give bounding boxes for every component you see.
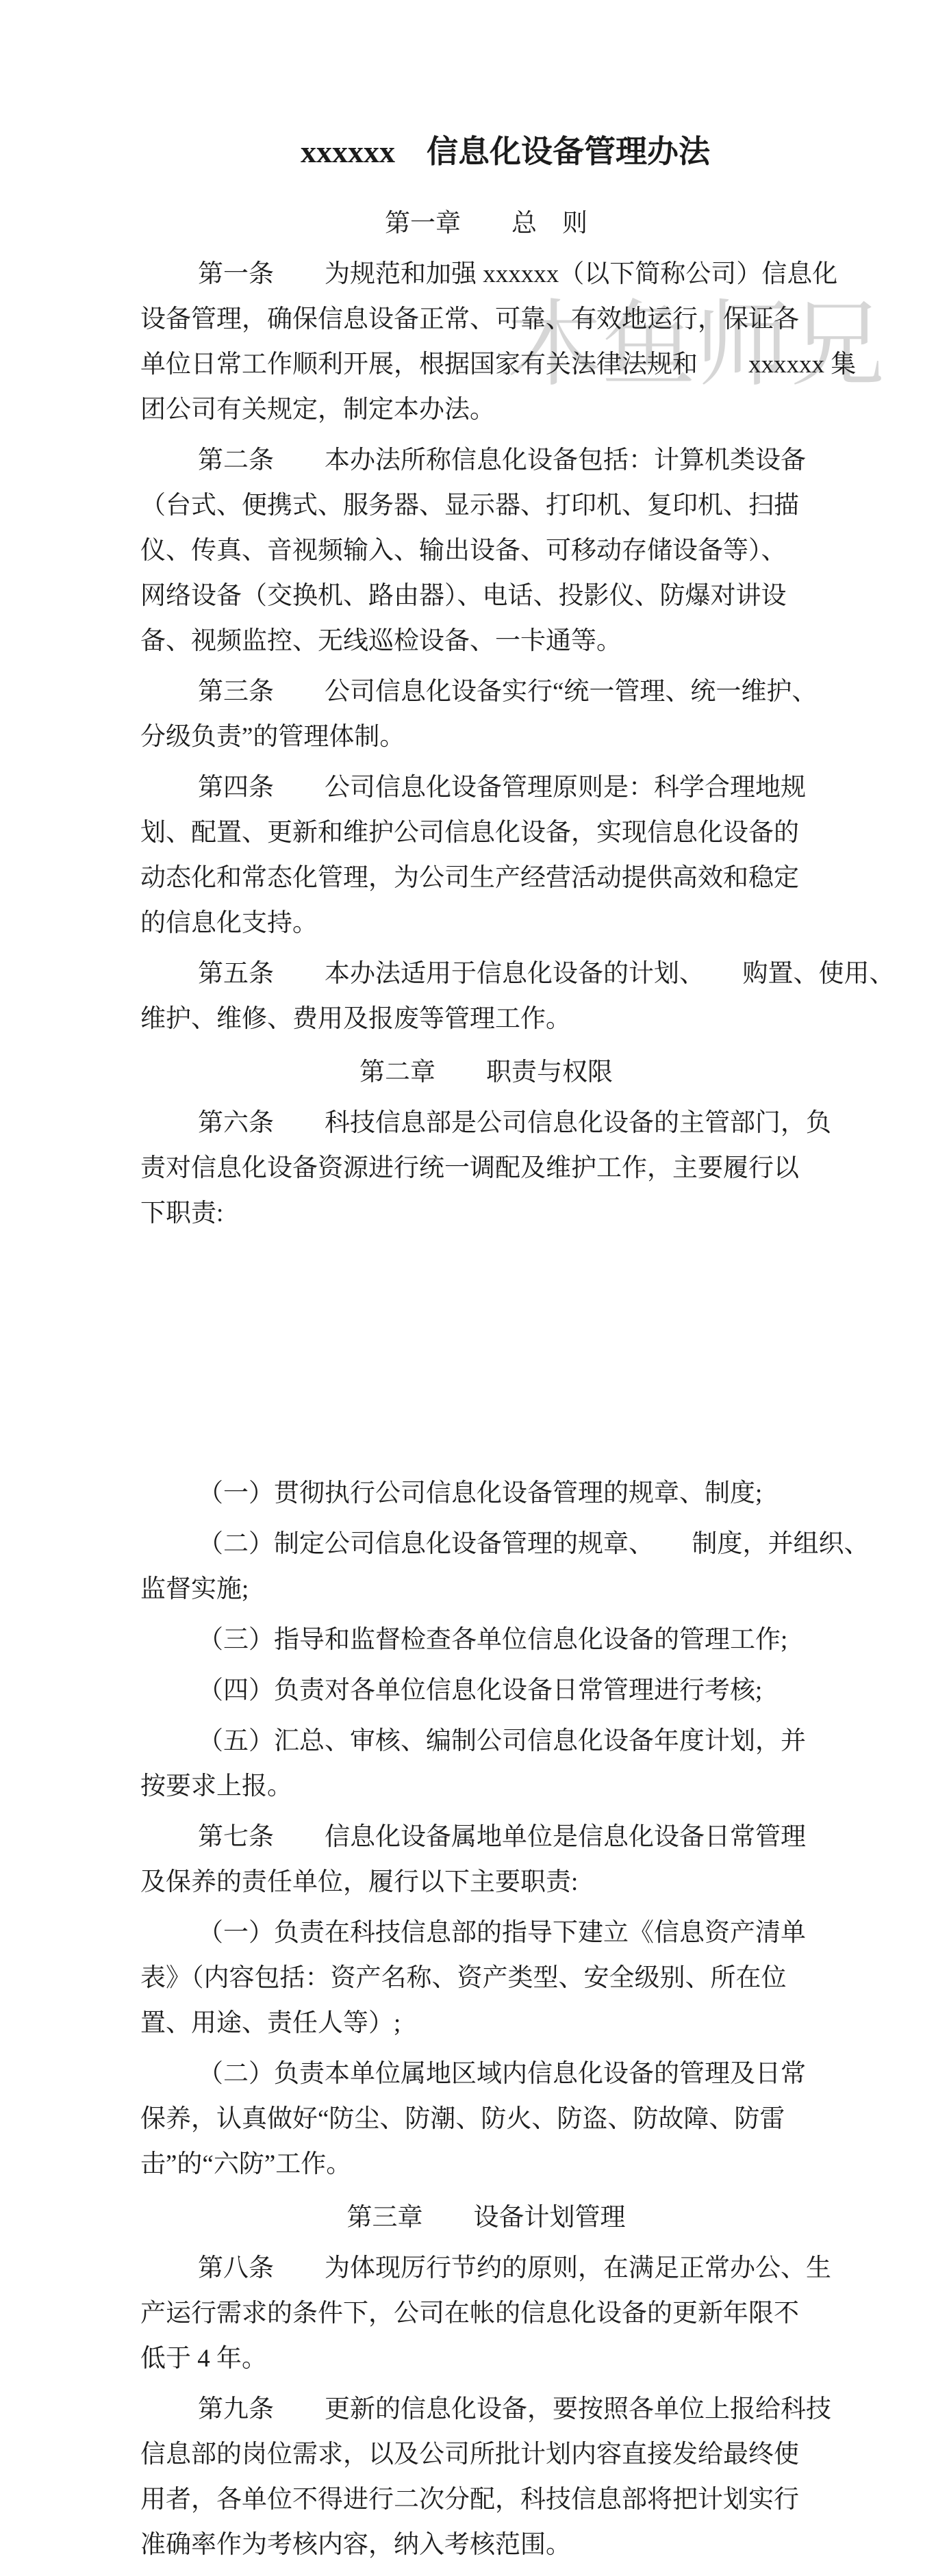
text-line: 信息部的岗位需求，以及公司所批计划内容直接发给最终使 [140,2432,832,2477]
paragraph: （四）负责对各单位信息化设备日常管理进行考核; [140,1668,832,1713]
paragraph: 第九条 更新的信息化设备，要按照各单位上报给科技信息部的岗位需求，以及公司所批计… [140,2387,832,2568]
chapter-heading: 第三章 设备计划管理 [140,2195,832,2241]
chapter-heading: 第二章 职责与权限 [140,1050,832,1095]
text-line: 团公司有关规定，制定本办法。 [140,387,832,433]
text-line: 的信息化支持。 [140,901,832,946]
text-line: 表》（内容包括：资产名称、资产类型、安全级别、所在位 [140,1956,832,2001]
document-title: xxxxxx 信息化设备管理办法 [160,130,851,174]
text-line: 责对信息化设备资源进行统一调配及维护工作，主要履行以 [140,1146,832,1191]
text-line: （四）负责对各单位信息化设备日常管理进行考核; [140,1668,832,1713]
text-line: 第六条 科技信息部是公司信息化设备的主管部门，负 [140,1101,832,1146]
text-line: 监督实施; [140,1567,832,1612]
text-line: 划、配置、更新和维护公司信息化设备，实现信息化设备的 [140,811,832,856]
chapter-heading: 第一章 总 则 [140,201,832,246]
page-break-gap [140,1236,832,1466]
paragraph: 第六条 科技信息部是公司信息化设备的主管部门，负责对信息化设备资源进行统一调配及… [140,1101,832,1236]
text-line: 第八条 为体现厉行节约的原则，在满足正常办公、生 [140,2246,832,2291]
text-line: 第四条 公司信息化设备管理原则是：科学合理地规 [140,765,832,811]
text-line: 第三条 公司信息化设备实行“统一管理、统一维护、 [140,669,832,715]
text-line: 准确率作为考核内容，纳入考核范围。 [140,2523,832,2568]
text-line: （二）负责本单位属地区域内信息化设备的管理及日常 [140,2052,832,2097]
text-line: 设备管理，确保信息设备正常、可靠、有效地运行，保证各 [140,297,832,342]
text-line: 第七条 信息化设备属地单位是信息化设备日常管理 [140,1815,832,1860]
paragraph: （二）制定公司信息化设备管理的规章、 制度，并组织、监督实施; [140,1522,832,1612]
paragraph: （二）负责本单位属地区域内信息化设备的管理及日常保养，认真做好“防尘、防潮、防火… [140,2052,832,2187]
paragraph: （一）贯彻执行公司信息化设备管理的规章、制度; [140,1471,832,1516]
text-line: 分级负责”的管理体制。 [140,715,832,760]
text-line: 按要求上报。 [140,1764,832,1809]
text-line: 第九条 更新的信息化设备，要按照各单位上报给科技 [140,2387,832,2432]
text-line: 单位日常工作顺利开展，根据国家有关法律法规和 xxxxxx 集 [140,342,832,387]
paragraph: 第三条 公司信息化设备实行“统一管理、统一维护、分级负责”的管理体制。 [140,669,832,760]
paragraph: 第一条 为规范和加强 xxxxxx（以下简称公司）信息化设备管理，确保信息设备正… [140,252,832,433]
text-line: 仪、传真、音视频输入、输出设备、可移动存储设备等）、 [140,528,832,574]
document-page: 木鱼师兄 xxxxxx 信息化设备管理办法 第一章 总 则第一条 为规范和加强 … [0,0,936,2576]
text-line: 产运行需求的条件下，公司在帐的信息化设备的更新年限不 [140,2291,832,2336]
text-line: 击”的“六防”工作。 [140,2142,832,2187]
text-line: （一）贯彻执行公司信息化设备管理的规章、制度; [140,1471,832,1516]
paragraph: （三）指导和监督检查各单位信息化设备的管理工作; [140,1618,832,1663]
text-line: 用者，各单位不得进行二次分配，科技信息部将把计划实行 [140,2477,832,2523]
text-line: 置、用途、责任人等）; [140,2001,832,2046]
text-line: 第一条 为规范和加强 xxxxxx（以下简称公司）信息化 [140,252,832,297]
text-line: （五）汇总、审核、编制公司信息化设备年度计划，并 [140,1719,832,1764]
text-line: 维护、维修、费用及报废等管理工作。 [140,997,832,1042]
paragraph: （一）负责在科技信息部的指导下建立《信息资产清单表》（内容包括：资产名称、资产类… [140,1911,832,2046]
text-line: （一）负责在科技信息部的指导下建立《信息资产清单 [140,1911,832,1956]
text-line: 第二条 本办法所称信息化设备包括：计算机类设备 [140,438,832,483]
text-line: 及保养的责任单位，履行以下主要职责: [140,1860,832,1905]
text-line: （台式、便携式、服务器、显示器、打印机、复印机、扫描 [140,483,832,528]
paragraph: 第八条 为体现厉行节约的原则，在满足正常办公、生产运行需求的条件下，公司在帐的信… [140,2246,832,2382]
text-line: 网络设备（交换机、路由器）、电话、投影仪、防爆对讲设 [140,574,832,619]
paragraph: 第二条 本办法所称信息化设备包括：计算机类设备（台式、便携式、服务器、显示器、打… [140,438,832,664]
document-content: xxxxxx 信息化设备管理办法 第一章 总 则第一条 为规范和加强 xxxxx… [140,0,832,2568]
text-line: （三）指导和监督检查各单位信息化设备的管理工作; [140,1618,832,1663]
text-line: 动态化和常态化管理，为公司生产经营活动提供高效和稳定 [140,856,832,901]
text-line: 保养，认真做好“防尘、防潮、防火、防盗、防故障、防雷 [140,2097,832,2142]
text-line: 第五条 本办法适用于信息化设备的计划、 购置、使用、 [140,952,832,997]
text-line: （二）制定公司信息化设备管理的规章、 制度，并组织、 [140,1522,832,1567]
paragraph: 第七条 信息化设备属地单位是信息化设备日常管理及保养的责任单位，履行以下主要职责… [140,1815,832,1905]
document-blocks: 第一章 总 则第一条 为规范和加强 xxxxxx（以下简称公司）信息化设备管理，… [140,201,832,2568]
paragraph: （五）汇总、审核、编制公司信息化设备年度计划，并按要求上报。 [140,1719,832,1809]
paragraph: 第五条 本办法适用于信息化设备的计划、 购置、使用、维护、维修、费用及报废等管理… [140,952,832,1042]
text-line: 低于 4 年。 [140,2336,832,2382]
paragraph: 第四条 公司信息化设备管理原则是：科学合理地规划、配置、更新和维护公司信息化设备… [140,765,832,946]
text-line: 备、视频监控、无线巡检设备、一卡通等。 [140,619,832,664]
text-line: 下职责: [140,1191,832,1236]
